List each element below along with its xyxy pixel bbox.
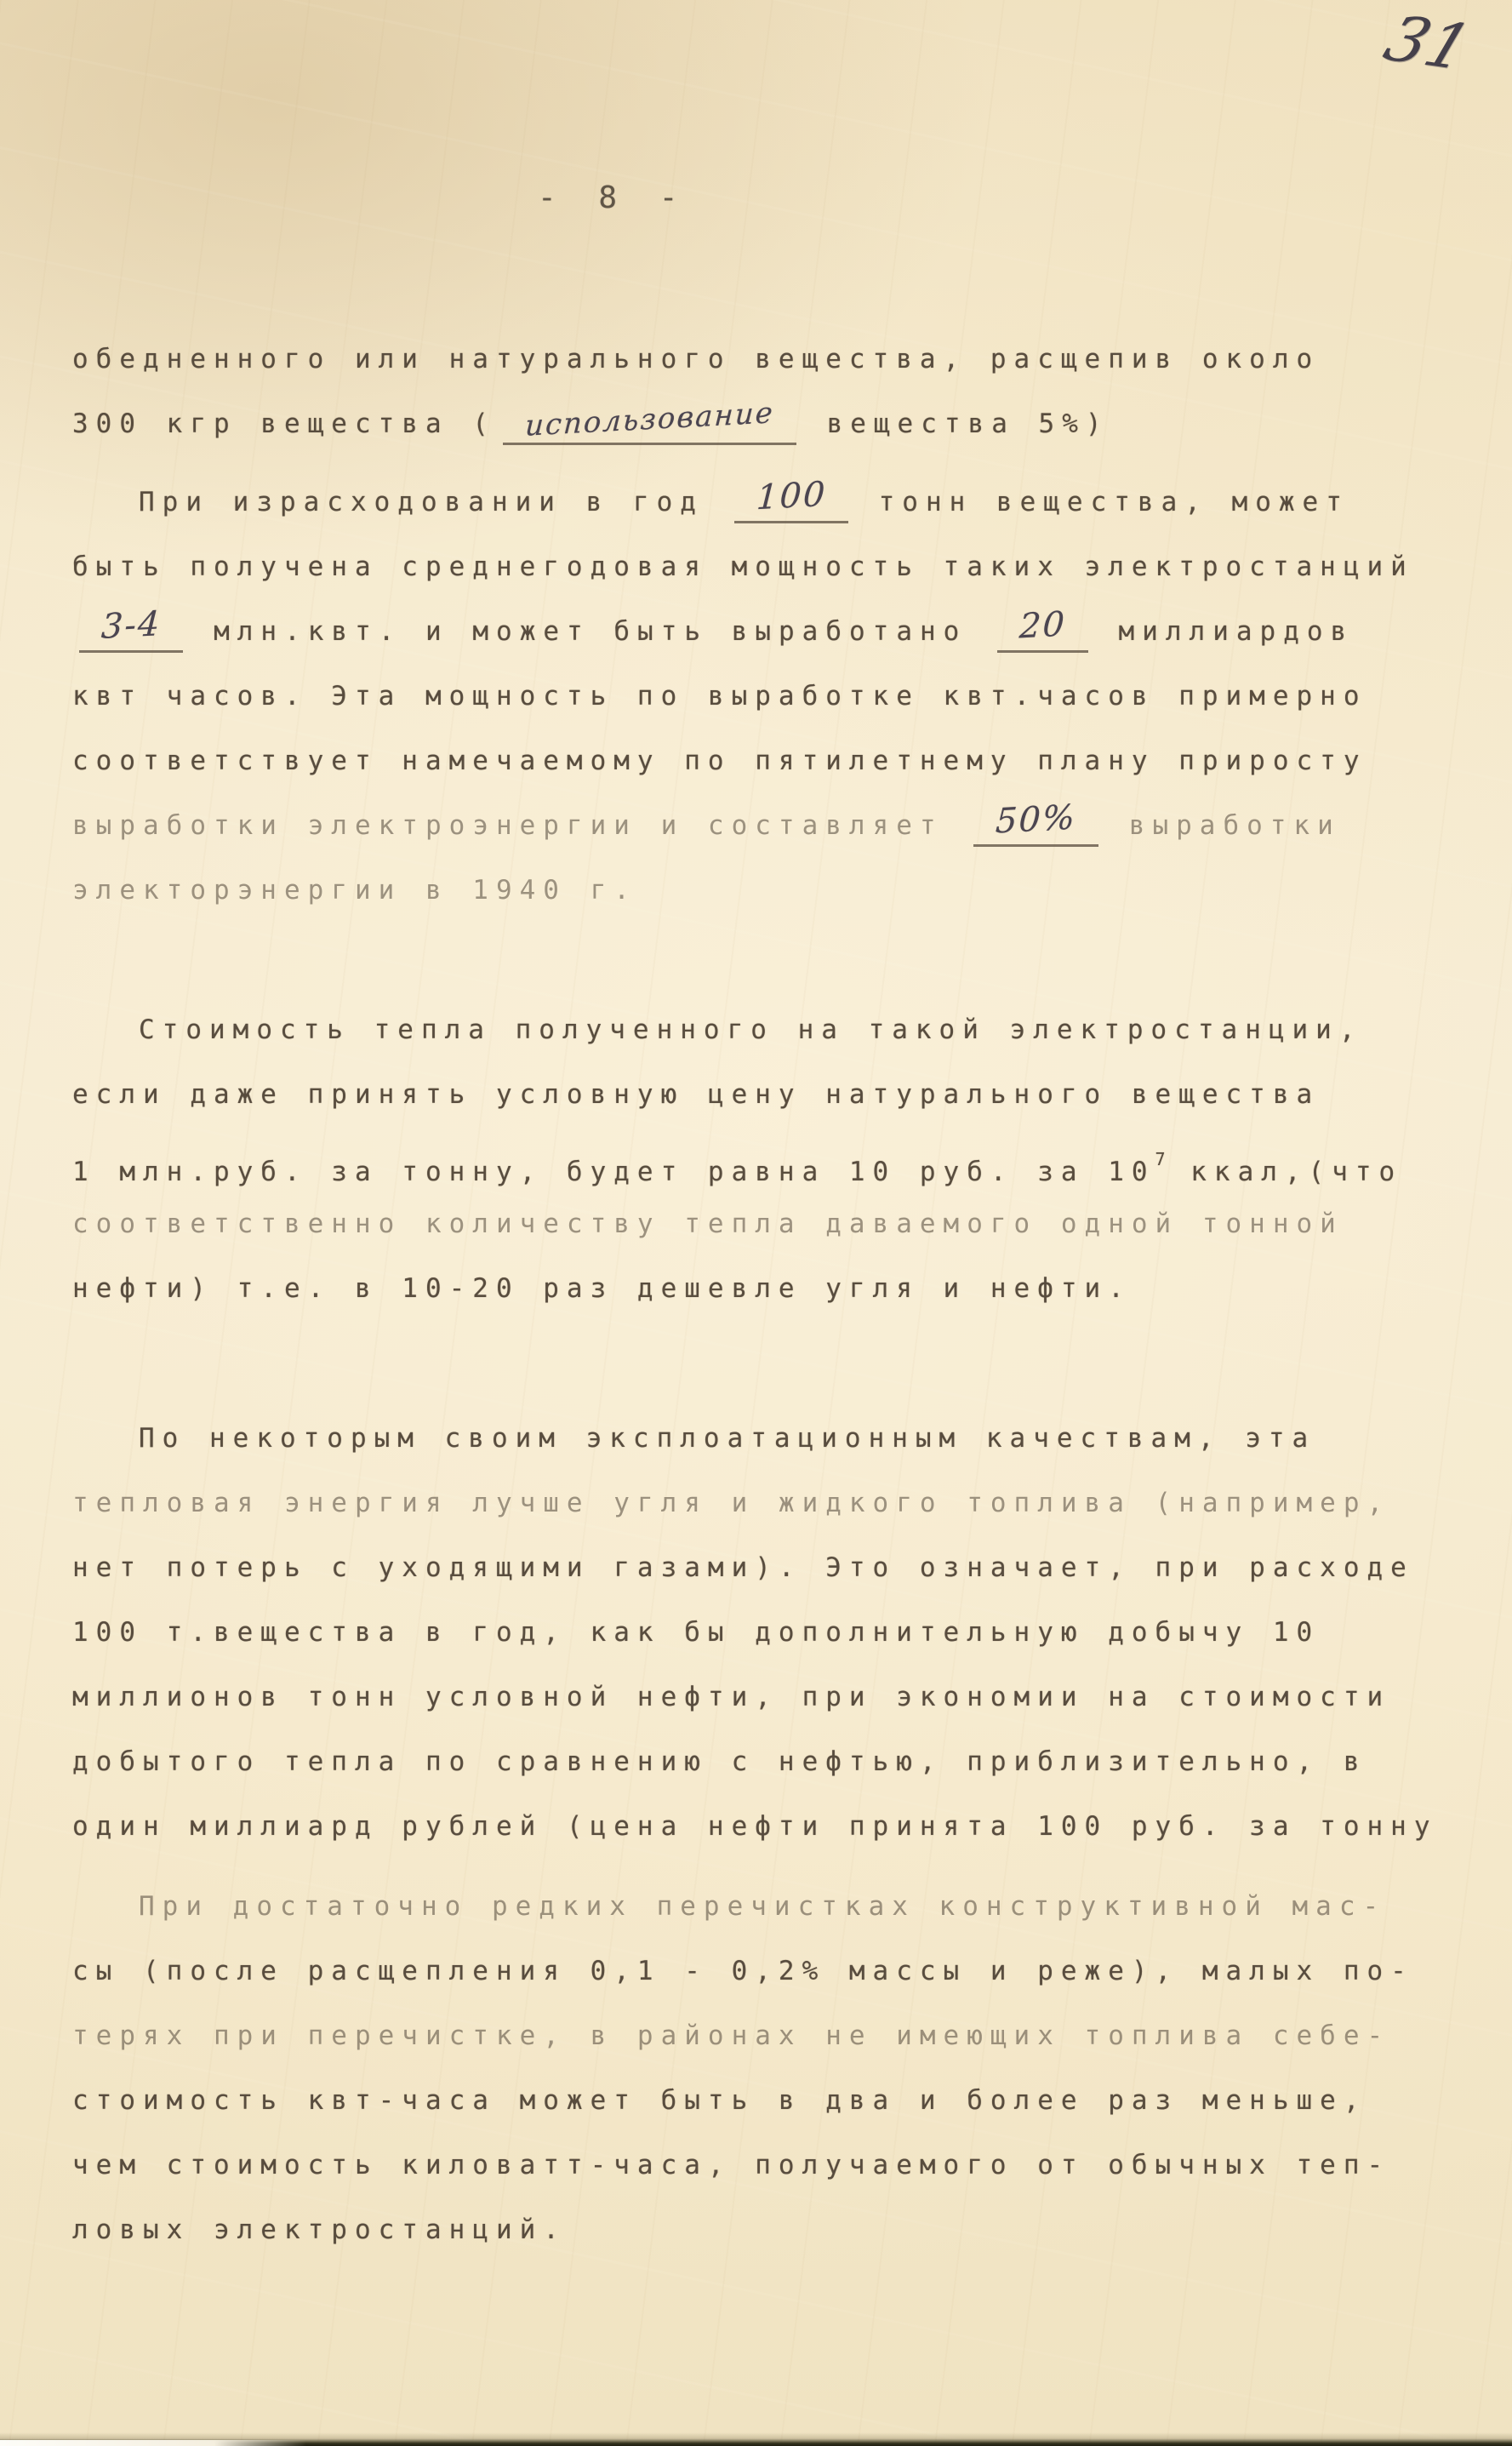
- typewriter-text: нет потерь с уходящими газами). Это озна…: [72, 1552, 1414, 1583]
- blank-underline: 20: [997, 610, 1088, 653]
- handwritten-corner-number: 31: [1377, 8, 1478, 79]
- typewriter-text: быть получена среднегодовая мощность так…: [72, 551, 1414, 582]
- handwritten-fill: 20: [1018, 605, 1067, 645]
- typewriter-text: сы (после расщепления 0,1 - 0,2% массы и…: [72, 1956, 1414, 1986]
- text-line: 3-4 млн.квт. и может быть выработано 20 …: [72, 606, 1468, 671]
- text-line: электорэнергии в 1940 г.: [72, 865, 1468, 929]
- typewriter-text: выработки: [1105, 810, 1341, 841]
- typewriter-text: По некоторым своим эксплоатационным каче…: [139, 1423, 1315, 1454]
- text-line: 300 кгр вещества (использование вещества…: [72, 398, 1468, 463]
- handwritten-fill: 50%: [995, 798, 1077, 840]
- typewriter-text: миллиардов: [1095, 616, 1354, 647]
- typewriter-text: электорэнергии в 1940 г.: [72, 875, 637, 906]
- handwritten-fill: 100: [755, 476, 827, 517]
- typewriter-text: При достаточно редких перечистках констр…: [139, 1891, 1386, 1922]
- blank-underline: использование: [503, 404, 796, 445]
- typewriter-text: ккал,(что: [1167, 1157, 1403, 1187]
- text-line: ловых электростанций.: [72, 2204, 1468, 2269]
- typewriter-text: квт часов. Эта мощность по выработке квт…: [72, 681, 1367, 712]
- handwritten-fill: 3-4: [100, 605, 163, 646]
- typewriter-text: выработки электроэнергии и составляет: [72, 810, 967, 841]
- typewriter-text: вещества 5%): [803, 409, 1110, 439]
- document-page: 31 - 8 - обедненного или натурального ве…: [0, 0, 1512, 2446]
- typewriter-text: При израсходовании в год: [139, 487, 727, 517]
- typewriter-text: соответствует намечаемому по пятилетнему…: [72, 746, 1367, 776]
- text-line: добытого тепла по сравнению с нефтью, пр…: [72, 1736, 1468, 1801]
- text-line: 100 т.вещества в год, как бы дополнитель…: [72, 1607, 1468, 1672]
- text-line: быть получена среднегодовая мощность так…: [72, 541, 1468, 606]
- text-line: чем стоимость киловатт-часа, получаемого…: [72, 2140, 1468, 2204]
- text-line: При израсходовании в год 100 тонн вещест…: [72, 477, 1468, 541]
- typewriter-text: нефти) т.е. в 10-20 раз дешевле угля и н…: [72, 1273, 1132, 1304]
- text-line: По некоторым своим эксплоатационным каче…: [72, 1413, 1468, 1477]
- text-line: миллионов тонн условной нефти, при эконо…: [72, 1672, 1468, 1736]
- blank-underline: 50%: [973, 804, 1098, 847]
- text-line: обедненного или натурального вещества, р…: [72, 334, 1468, 398]
- text-body: обедненного или натурального вещества, р…: [72, 334, 1468, 2269]
- typewriter-text: тонн вещества, может: [855, 487, 1349, 517]
- typewriter-text: 1 млн.руб. за тонну, будет равна 10 руб.…: [72, 1157, 1155, 1187]
- typewriter-text: миллионов тонн условной нефти, при эконо…: [72, 1682, 1390, 1712]
- paragraph: При израсходовании в год 100 тонн вещест…: [72, 477, 1468, 929]
- paragraph: При достаточно редких перечистках констр…: [72, 1881, 1468, 2269]
- paragraph: По некоторым своим эксплоатационным каче…: [72, 1413, 1468, 1866]
- text-line: один миллиард рублей (цена нефти принята…: [72, 1801, 1468, 1866]
- text-line: стоимость квт-часа может быть в два и бо…: [72, 2075, 1468, 2140]
- scan-bottom-edge-highlight: [0, 2440, 306, 2446]
- text-line: тепловая энергия лучше угля и жидкого то…: [72, 1477, 1468, 1542]
- typewriter-text: чем стоимость киловатт-часа, получаемого…: [72, 2150, 1390, 2180]
- text-line: нет потерь с уходящими газами). Это озна…: [72, 1542, 1468, 1607]
- text-line: терях при перечистке, в районах не имеющ…: [72, 2010, 1468, 2075]
- superscript-exponent: 7: [1155, 1149, 1167, 1169]
- typewriter-text: если даже принять условную цену натураль…: [72, 1079, 1320, 1110]
- text-line: соответственно количеству тепла даваемог…: [72, 1198, 1468, 1263]
- text-line: если даже принять условную цену натураль…: [72, 1069, 1468, 1134]
- typewriter-text: добытого тепла по сравнению с нефтью, пр…: [72, 1746, 1367, 1777]
- text-line: Стоимость тепла полученного на такой эле…: [72, 1004, 1468, 1069]
- text-line: При достаточно редких перечистках констр…: [72, 1881, 1468, 1946]
- blank-underline: 3-4: [79, 610, 183, 653]
- typewriter-text: соответственно количеству тепла даваемог…: [72, 1209, 1344, 1239]
- blank-underline: 100: [734, 481, 848, 523]
- typewriter-text: обедненного или натурального вещества, р…: [72, 344, 1320, 374]
- handwritten-fill: использование: [524, 394, 775, 445]
- typewriter-text: стоимость квт-часа может быть в два и бо…: [72, 2085, 1367, 2116]
- text-line: сы (после расщепления 0,1 - 0,2% массы и…: [72, 1946, 1468, 2010]
- typewriter-text: тепловая энергия лучше угля и жидкого то…: [72, 1488, 1390, 1518]
- typewriter-text: Стоимость тепла полученного на такой эле…: [139, 1014, 1363, 1045]
- typewriter-text: один миллиард рублей (цена нефти принята…: [72, 1811, 1438, 1842]
- text-line: квт часов. Эта мощность по выработке квт…: [72, 671, 1468, 735]
- text-line: соответствует намечаемому по пятилетнему…: [72, 735, 1468, 800]
- text-line: выработки электроэнергии и составляет 50…: [72, 800, 1468, 865]
- typewriter-text: 100 т.вещества в год, как бы дополнитель…: [72, 1617, 1320, 1648]
- typewriter-text: млн.квт. и может быть выработано: [190, 616, 990, 647]
- page-number: - 8 -: [538, 180, 689, 215]
- typewriter-text: 300 кгр вещества (: [72, 409, 496, 439]
- paragraph: обедненного или натурального вещества, р…: [72, 334, 1468, 463]
- text-line: 1 млн.руб. за тонну, будет равна 10 руб.…: [72, 1134, 1468, 1198]
- paragraph: Стоимость тепла полученного на такой эле…: [72, 1004, 1468, 1328]
- typewriter-text: терях при перечистке, в районах не имеющ…: [72, 2020, 1390, 2051]
- typewriter-text: ловых электростанций.: [72, 2215, 567, 2245]
- text-line: нефти) т.е. в 10-20 раз дешевле угля и н…: [72, 1263, 1468, 1328]
